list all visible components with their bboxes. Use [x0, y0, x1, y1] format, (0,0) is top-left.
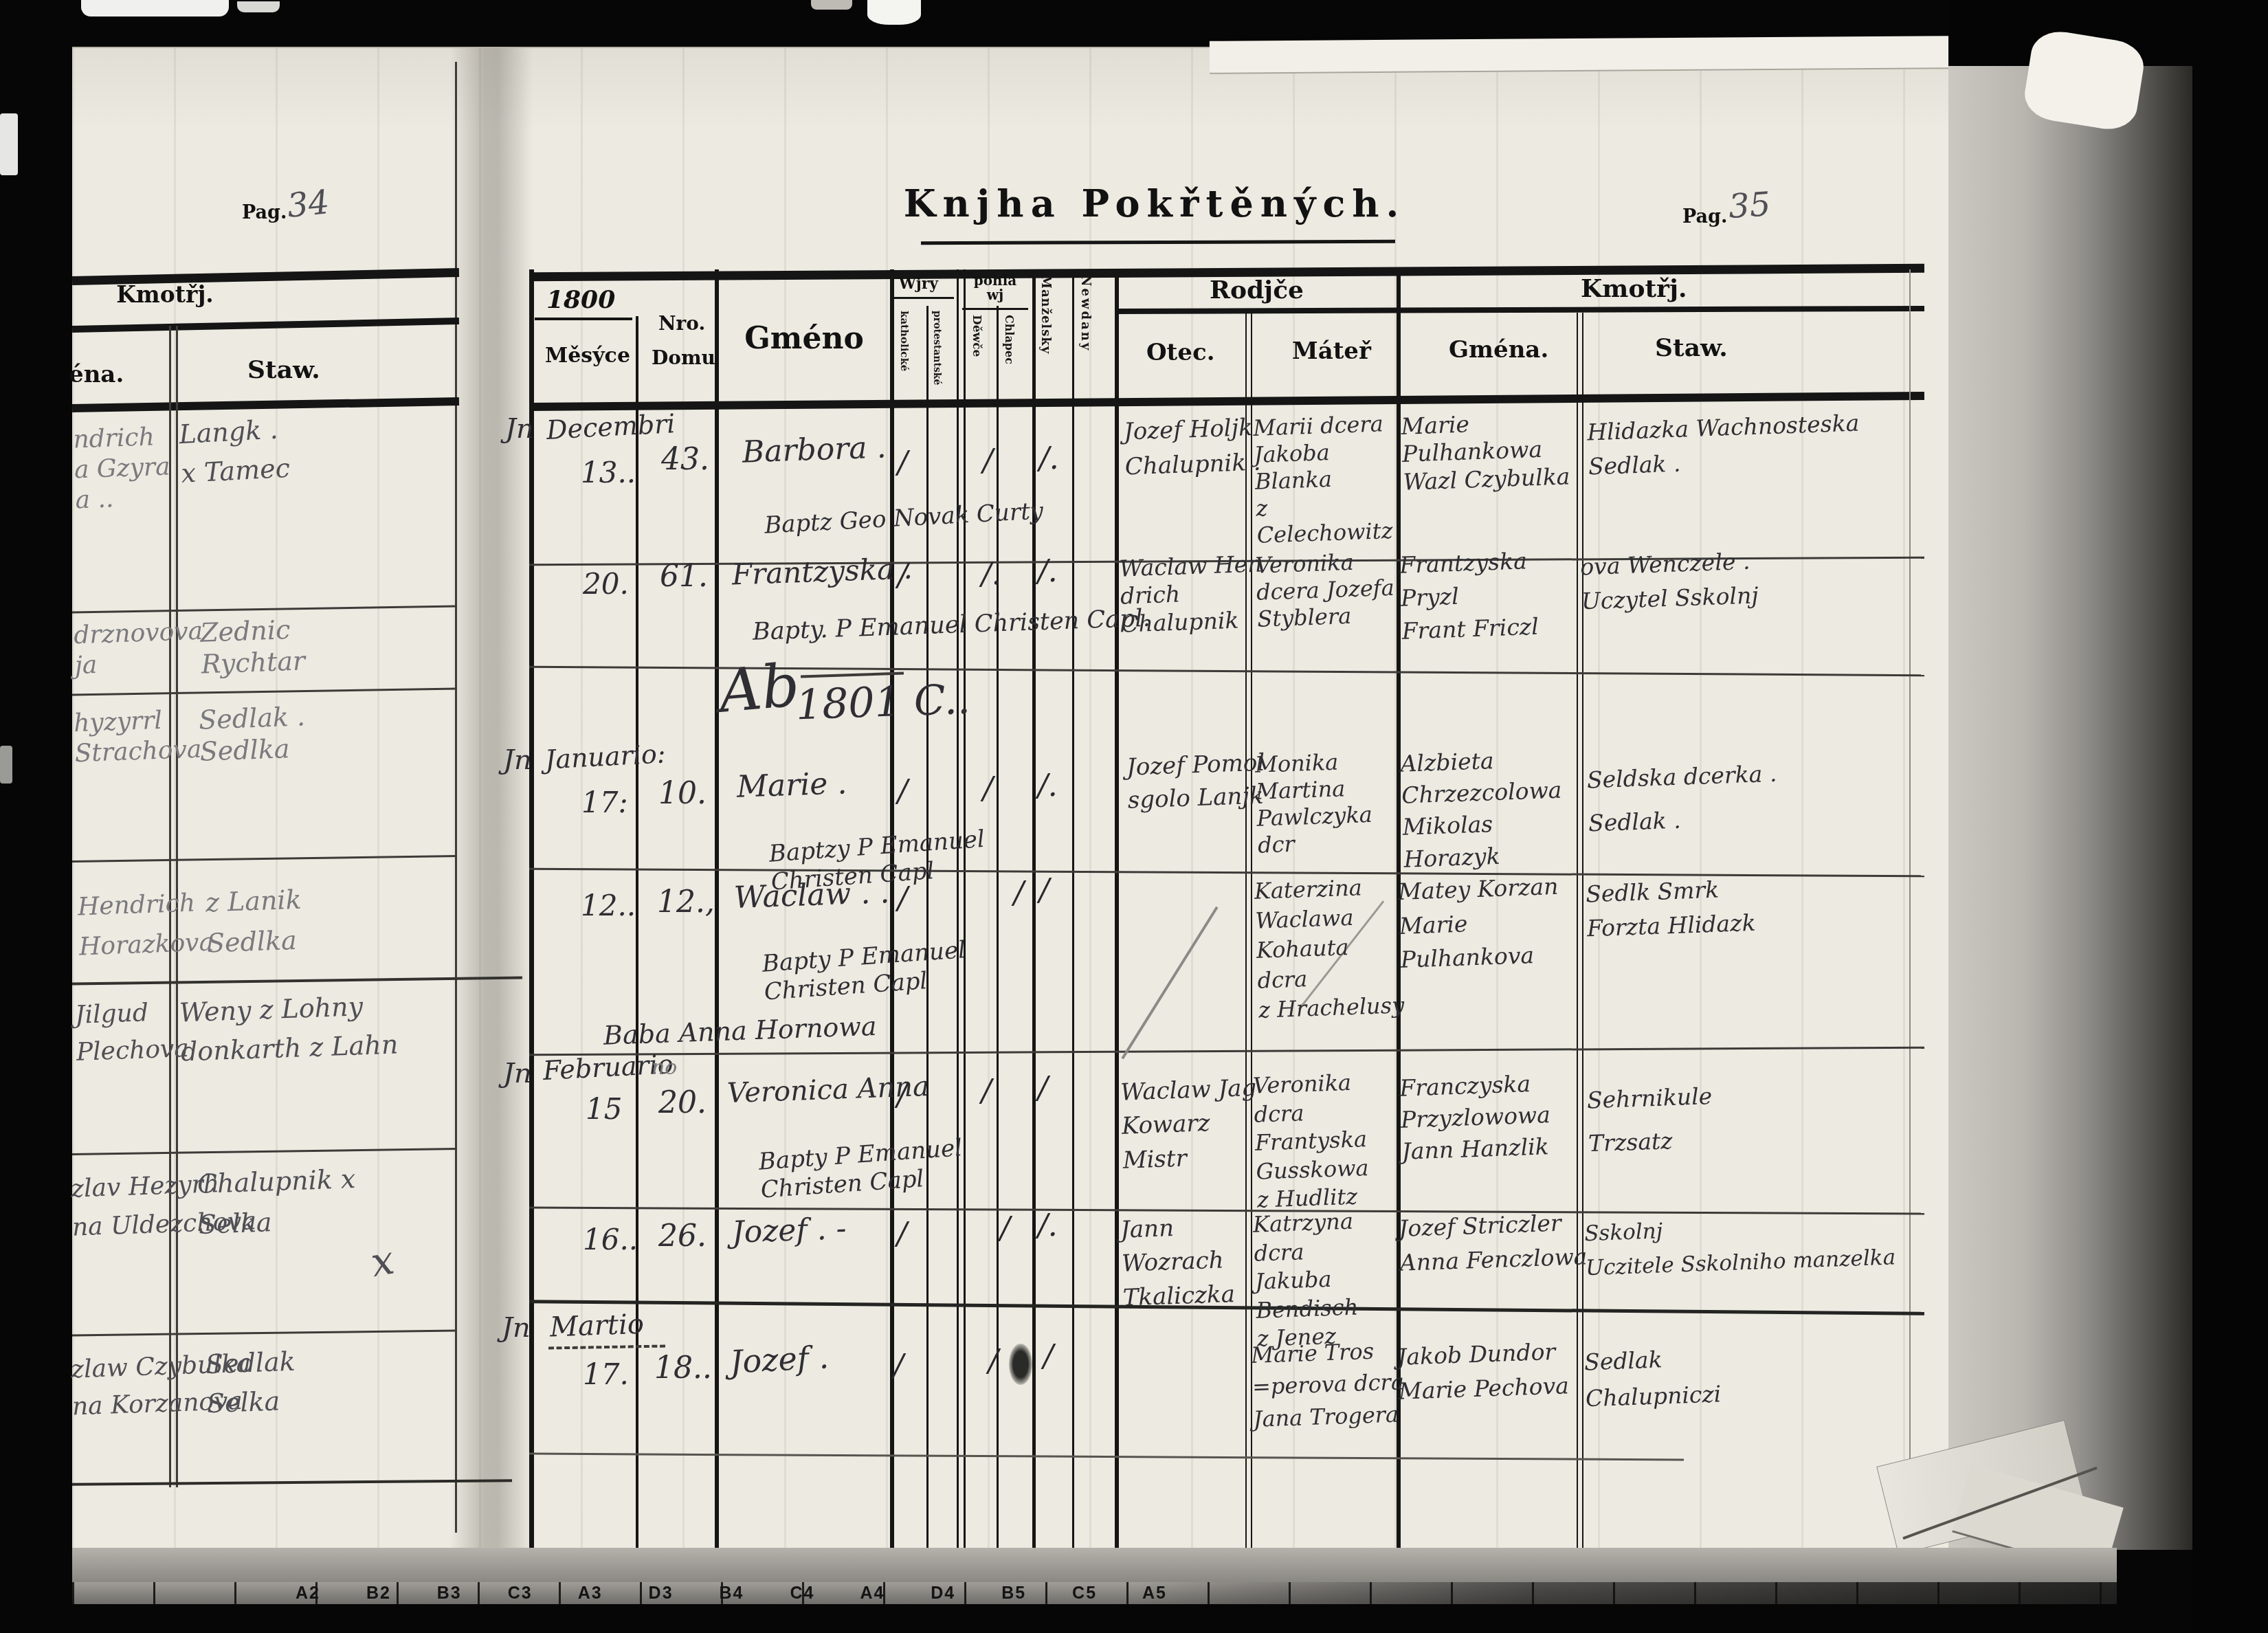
col-newdany-label: Newdany [1079, 275, 1091, 402]
godparent-names: drznovova ja [74, 616, 205, 681]
mother-entry: Marii dcera Jakoba Blanka z Celechowitz [1253, 410, 1409, 549]
margin-mark: Jn [505, 412, 534, 446]
day-entry: 17. [583, 1357, 629, 1392]
column-rule [926, 306, 929, 1550]
catholic-tick: / [898, 774, 908, 809]
left-page-fold-line [455, 62, 457, 1533]
catholic-tick: / [898, 558, 908, 593]
child-name-entry: Barbora . [742, 429, 887, 471]
col-wjry-label: Wjry [899, 276, 938, 292]
margin-mark: Jn [503, 1057, 532, 1091]
column-rule [715, 269, 719, 1550]
godparent-names-entry: Alzbieta Chrzezcolowa Mikolas Horazyk [1400, 742, 1590, 875]
father-entry: Jann Wozrach Tkaliczka [1120, 1208, 1267, 1315]
film-glint [0, 113, 18, 175]
page-stack-edge [1948, 65, 2199, 1550]
godparent-names-entry: Franczyska Przyzlowowa Jann Hanzlik [1399, 1066, 1588, 1168]
col-otec-label: Otec. [1146, 341, 1215, 366]
godparent-status-entry: Sehrnikule Trzsatz [1586, 1068, 1919, 1166]
col-mater-label: Máteř [1292, 340, 1371, 364]
column-rule [1115, 269, 1119, 1550]
col-protestantske-label: protestantské [932, 311, 942, 448]
legitimate-tick: /. [1038, 554, 1058, 589]
column-rule [1072, 269, 1074, 1550]
underlying-page-edge [1210, 36, 1952, 74]
godparent-status-entry: Sedlak Chalupniczi [1583, 1333, 1915, 1417]
mother-entry: Veronika dcra Frantyska Gusskowa z Hudli… [1252, 1067, 1405, 1214]
godparent-status: Sedlak Selka [205, 1342, 298, 1423]
godparent-names-entry: Frantzyska Pryzl Frant Friczl [1399, 542, 1588, 647]
legitimate-tick: / [1043, 1339, 1054, 1374]
godparent-status-entry: Sedlk Smrk Forzta Hlidazk [1585, 866, 1917, 946]
col-nro-label: Nro. [658, 313, 705, 333]
legitimate-tick: /. [1039, 441, 1059, 476]
col-mesyce-label: Měsýce [545, 345, 630, 367]
mother-entry: Marie Tros =perova dcra Jana Trogera [1251, 1334, 1412, 1435]
col-pohlawj-label: pohla wj [961, 274, 1030, 302]
child-name-entry: Jozef . - [731, 1210, 847, 1251]
right-page-number: 35 [1727, 184, 1772, 227]
column-rule [1245, 313, 1247, 1550]
col-gmena-label: Gména. [1449, 338, 1548, 363]
right-page-pag-label: Pag. [1682, 208, 1727, 227]
day-entry: 12.. [581, 888, 636, 923]
godparent-names: hyzyrrl Strachova [74, 704, 203, 769]
margin-mark: Jn [502, 1311, 531, 1345]
child-name-entry: Jozef . [729, 1337, 830, 1381]
film-glint [867, 0, 921, 25]
house-number-entry: 61. [660, 558, 708, 595]
ink-blot [1009, 1344, 1032, 1385]
film-glint [0, 746, 12, 784]
girl-tick: / [983, 443, 993, 478]
calibration-strip-shadow [1134, 1582, 2117, 1604]
godparent-status: Sedlak . Sedlka [198, 700, 307, 768]
child-name-entry: Frantzyska . [731, 551, 913, 592]
godparent-status-entry: ova Wenczele . Uczytel Sskolnj [1579, 539, 1911, 619]
column-rule [957, 269, 959, 1550]
col-manzelsky-label: Manželsky [1039, 275, 1052, 402]
month-entry: Decembri [546, 408, 676, 446]
col-chlapec-label: Chlapec [1003, 315, 1014, 418]
column-rule [1032, 269, 1036, 1550]
calibration-markers: A2 B2 B3 C3 A3 D3 B4 C4 A4 D4 B5 C5 A5 [296, 1584, 1167, 1603]
col-domu-label: Domu [652, 348, 715, 368]
year-label: 1800 [546, 287, 615, 313]
house-number-entry: 26. [658, 1218, 707, 1255]
house-number-entry: 12., [657, 884, 715, 921]
wjry-underline [893, 297, 954, 299]
day-entry: 20. [583, 566, 629, 601]
godparent-status: Chalupnik x Selka [197, 1159, 357, 1245]
month-entry: Martio [549, 1308, 644, 1345]
girl-tick: /. [981, 557, 1001, 592]
godparent-names-entry: Marie Pulhankowa Wazl Czybulka [1401, 406, 1596, 496]
catholic-tick: / [893, 1348, 904, 1384]
godparent-status: z Lanik Sedlka [205, 880, 304, 964]
father-entry: Jozef Holjk Chalupnik . [1123, 410, 1263, 485]
film-glint [811, 0, 852, 10]
film-glint [237, 1, 280, 12]
column-rule [636, 316, 638, 1550]
day-entry: 17: [581, 785, 628, 820]
girl-tick: / [983, 771, 993, 806]
year-divider-year: 1801 C.. [795, 675, 971, 731]
godparent-status: Langk . x Tamec [178, 410, 291, 493]
column-rule [964, 269, 966, 1550]
year-divider-flourish: Ab [716, 649, 803, 729]
col-gmeno-label: Gméno [729, 323, 880, 355]
boy-tick: / [1014, 876, 1024, 911]
day-entry: 13.. [581, 455, 636, 490]
girl-tick: / [981, 1074, 992, 1109]
boy-tick: / [1000, 1211, 1010, 1246]
godparent-status-entry: Seldska dcerka . Sedlak . [1586, 748, 1919, 845]
godparent-status: Zednic Rychtar [199, 613, 305, 680]
left-kmotrj-header: Kmotřj. [89, 283, 241, 307]
col-dewce-label: Děwče [970, 315, 982, 411]
mother-entry: Monika Martina Pawlczyka dcr [1254, 746, 1405, 859]
legitimate-tick: /. [1038, 1208, 1058, 1243]
film-glint [81, 0, 229, 16]
godparent-status: Weny z Lohny donkarth z Lahn [179, 986, 399, 1072]
boy-tick: / [988, 1344, 999, 1379]
column-rule [529, 269, 534, 1550]
col-staw-label: Staw. [1655, 335, 1728, 362]
godparent-names: ndrich a Gzyra a .. [73, 422, 172, 516]
col-kmotrj-label: Kmotřj. [1581, 276, 1687, 302]
left-page-number: 34 [285, 182, 331, 227]
father-entry: Jozef Pomol sgolo Lanjk [1126, 746, 1272, 816]
godparent-names-entry: Jozef Striczler Anna Fenczlowa [1398, 1205, 1592, 1280]
godparent-names: Jilgud Plechova [74, 993, 190, 1071]
mother-entry: Katrzyna dcra Jakuba Bendisch z Jenez [1252, 1206, 1405, 1353]
day-entry: 15 [586, 1091, 622, 1126]
film-bottom-fade [72, 1548, 2117, 1582]
house-number-entry: 20. [658, 1085, 707, 1122]
day-entry: 16.. [583, 1222, 638, 1257]
right-black-border [2192, 0, 2268, 1633]
margin-mark: Jn [503, 744, 532, 777]
godparent-names: Hendrich Horazkova [77, 883, 214, 967]
house-number-entry: 43. [661, 441, 709, 478]
legitimate-tick: / [1038, 1071, 1048, 1106]
mother-entry: Katerzina Waclawa Kohauta dcra z Hrachel… [1254, 871, 1406, 1025]
left-col-staw-label: Staw. [247, 357, 320, 384]
microfilm-frame: Pag. 34 Kmotřj. éna. Staw. ndrich a Gzyr… [0, 0, 2268, 1633]
col-katholicke-label: katholické [899, 311, 909, 441]
catholic-tick: / [898, 445, 908, 480]
month-entry: Januario: [544, 737, 667, 775]
col-rodjce-label: Rodjče [1210, 278, 1304, 304]
left-col-gmena-label: éna. [69, 363, 124, 388]
godparent-status-entry: Hlidazka Wachnosteska Sedlak . [1586, 404, 1918, 484]
catholic-tick: / [897, 1078, 907, 1113]
father-entry: Waclaw Jag Kowarz Mistr [1120, 1071, 1267, 1177]
year-underline [535, 318, 632, 320]
pohlawj-underline [962, 308, 1028, 310]
book-title: Knjha Pokřtěných. [880, 184, 1430, 223]
house-number-entry: 18.. [654, 1350, 712, 1387]
house-number-entry: 10. [658, 775, 707, 812]
legitimate-tick: /. [1038, 768, 1058, 803]
catholic-tick: / [897, 1217, 907, 1252]
left-page-pag-label: Pag. [242, 203, 287, 223]
house-superscript: no [652, 1056, 677, 1081]
child-name-entry: Marie . [736, 765, 847, 806]
godparent-names-entry: Matey Korzan Marie Pulhankova [1397, 868, 1593, 977]
godparent-names-entry: Jakob Dundor Marie Pechova [1397, 1333, 1591, 1408]
mother-entry: Veronika dcera Jozefa Styblera [1255, 547, 1405, 633]
